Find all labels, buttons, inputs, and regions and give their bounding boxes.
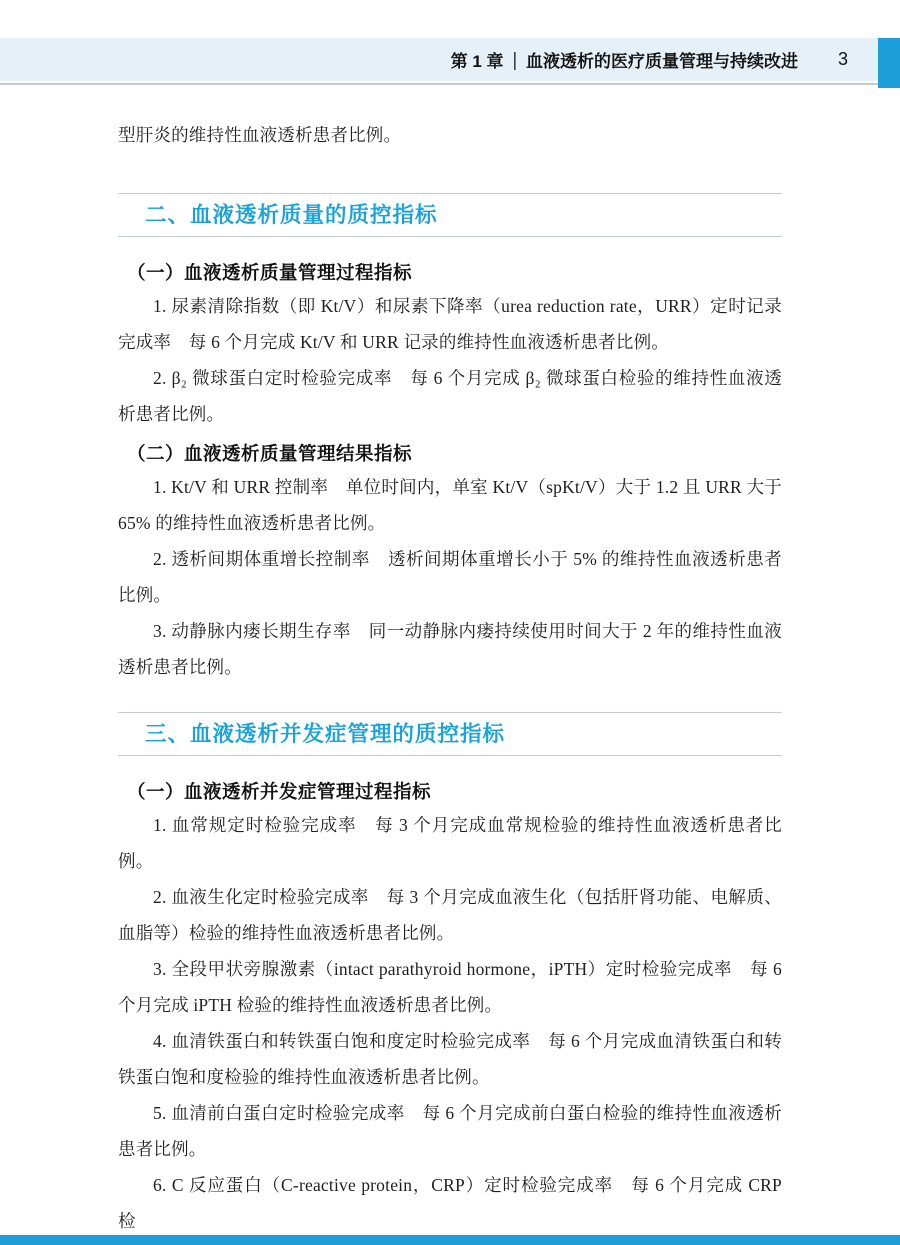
list-item: 5. 血清前白蛋白定时检验完成率 每 6 个月完成前白蛋白检验的维持性血液透析患…	[118, 1095, 782, 1167]
list-item: 2. β₂ 微球蛋白定时检验完成率 每 6 个月完成 β₂ 微球蛋白检验的维持性…	[118, 360, 782, 432]
section-heading-3: 三、血液透析并发症管理的质控指标	[118, 721, 782, 748]
section-heading-2: 二、血液透析质量的质控指标	[118, 202, 782, 229]
header-separator: |	[513, 48, 517, 71]
list-item: 3. 动静脉内瘘长期生存率 同一动静脉内瘘持续使用时间大于 2 年的维持性血液透…	[118, 613, 782, 685]
list-item: 3. 全段甲状旁腺激素（intact parathyroid hormone，i…	[118, 951, 782, 1023]
subsection-title-2-1: （一）血液透析质量管理过程指标	[118, 257, 782, 288]
list-item: 1. Kt/V 和 URR 控制率 单位时间内，单室 Kt/V（spKt/V）大…	[118, 469, 782, 541]
section-heading-block-3: 三、血液透析并发症管理的质控指标	[118, 712, 782, 756]
list-item: 2. 透析间期体重增长控制率 透析间期体重增长小于 5% 的维持性血液透析患者比…	[118, 541, 782, 613]
header-chapter-label: 第 1 章	[451, 47, 504, 72]
subsection-title-3-1: （一）血液透析并发症管理过程指标	[118, 776, 782, 807]
list-item: 1. 尿素清除指数（即 Kt/V）和尿素下降率（urea reduction r…	[118, 288, 782, 360]
page-body: 型肝炎的维持性血液透析患者比例。 二、血液透析质量的质控指标 （一）血液透析质量…	[118, 117, 782, 1239]
subsection-title-2-2: （二）血液透析质量管理结果指标	[118, 438, 782, 469]
list-item: 1. 血常规定时检验完成率 每 3 个月完成血常规检验的维持性血液透析患者比例。	[118, 807, 782, 879]
list-item: 2. 血液生化定时检验完成率 每 3 个月完成血液生化（包括肝肾功能、电解质、血…	[118, 879, 782, 951]
list-item: 6. C 反应蛋白（C-reactive protein，CRP）定时检验完成率…	[118, 1167, 782, 1239]
body-paragraph-continuation: 型肝炎的维持性血液透析患者比例。	[118, 117, 782, 153]
section-heading-block-2: 二、血液透析质量的质控指标	[118, 193, 782, 237]
footer-accent-bar	[0, 1235, 900, 1245]
header-rule	[0, 83, 878, 85]
page-header-band: 第 1 章 | 血液透析的医疗质量管理与持续改进 3	[0, 38, 878, 81]
header-chapter-title: 血液透析的医疗质量管理与持续改进	[526, 47, 798, 72]
list-item: 4. 血清铁蛋白和转铁蛋白饱和度定时检验完成率 每 6 个月完成血清铁蛋白和转铁…	[118, 1023, 782, 1095]
header-accent-square	[878, 38, 900, 88]
page-number: 3	[838, 49, 848, 70]
